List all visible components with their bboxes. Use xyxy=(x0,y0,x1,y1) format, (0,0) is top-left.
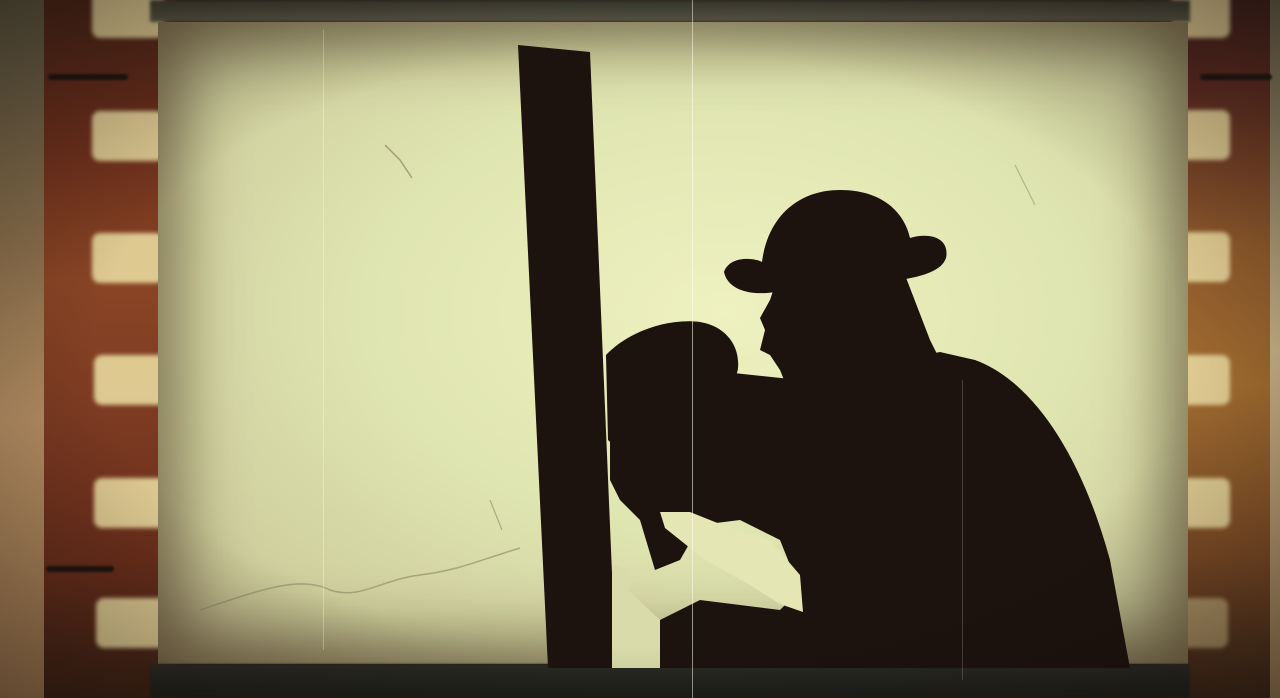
light-gap xyxy=(612,565,660,668)
film-scratch xyxy=(962,380,963,680)
man-silhouette xyxy=(606,190,1130,668)
film-frame-scene xyxy=(0,0,1280,698)
film-scratch xyxy=(692,0,693,698)
film-scratch xyxy=(323,30,324,650)
silhouette-scene xyxy=(0,0,1280,698)
post-silhouette xyxy=(518,45,616,668)
